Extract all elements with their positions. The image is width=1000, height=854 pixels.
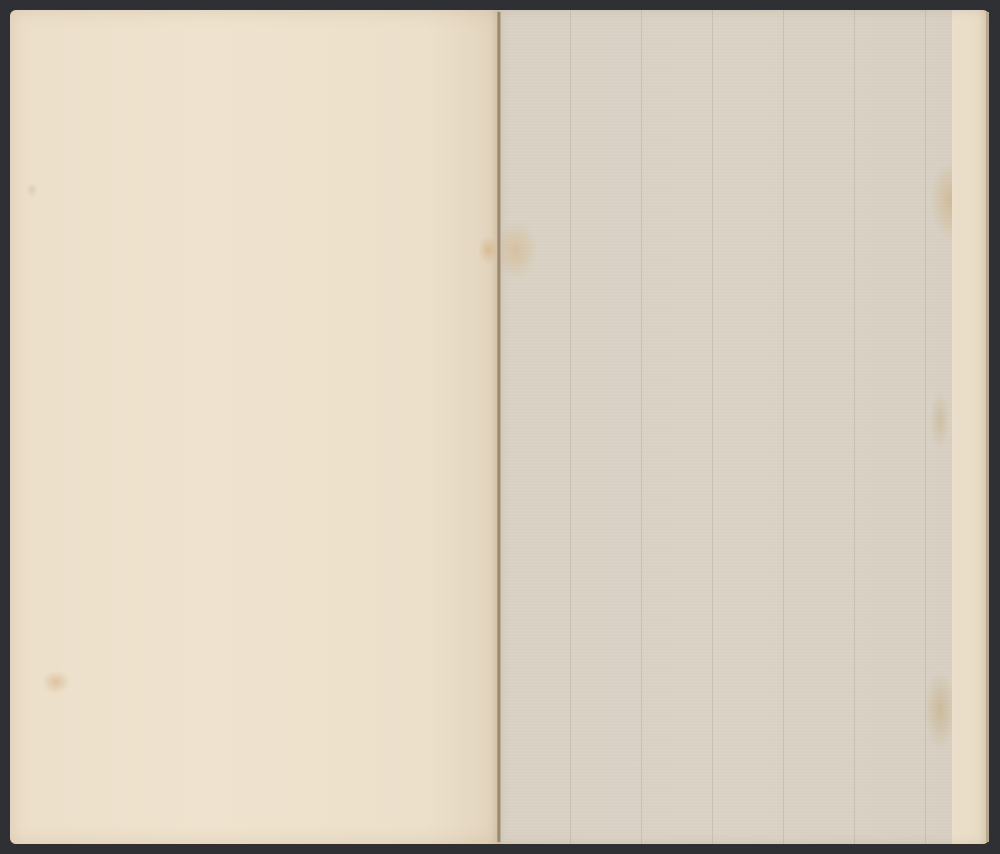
right-page [500, 10, 989, 844]
left-page [10, 10, 500, 844]
book-scan [0, 0, 1000, 854]
book-gutter [497, 12, 501, 842]
right-page-edge [986, 12, 989, 842]
